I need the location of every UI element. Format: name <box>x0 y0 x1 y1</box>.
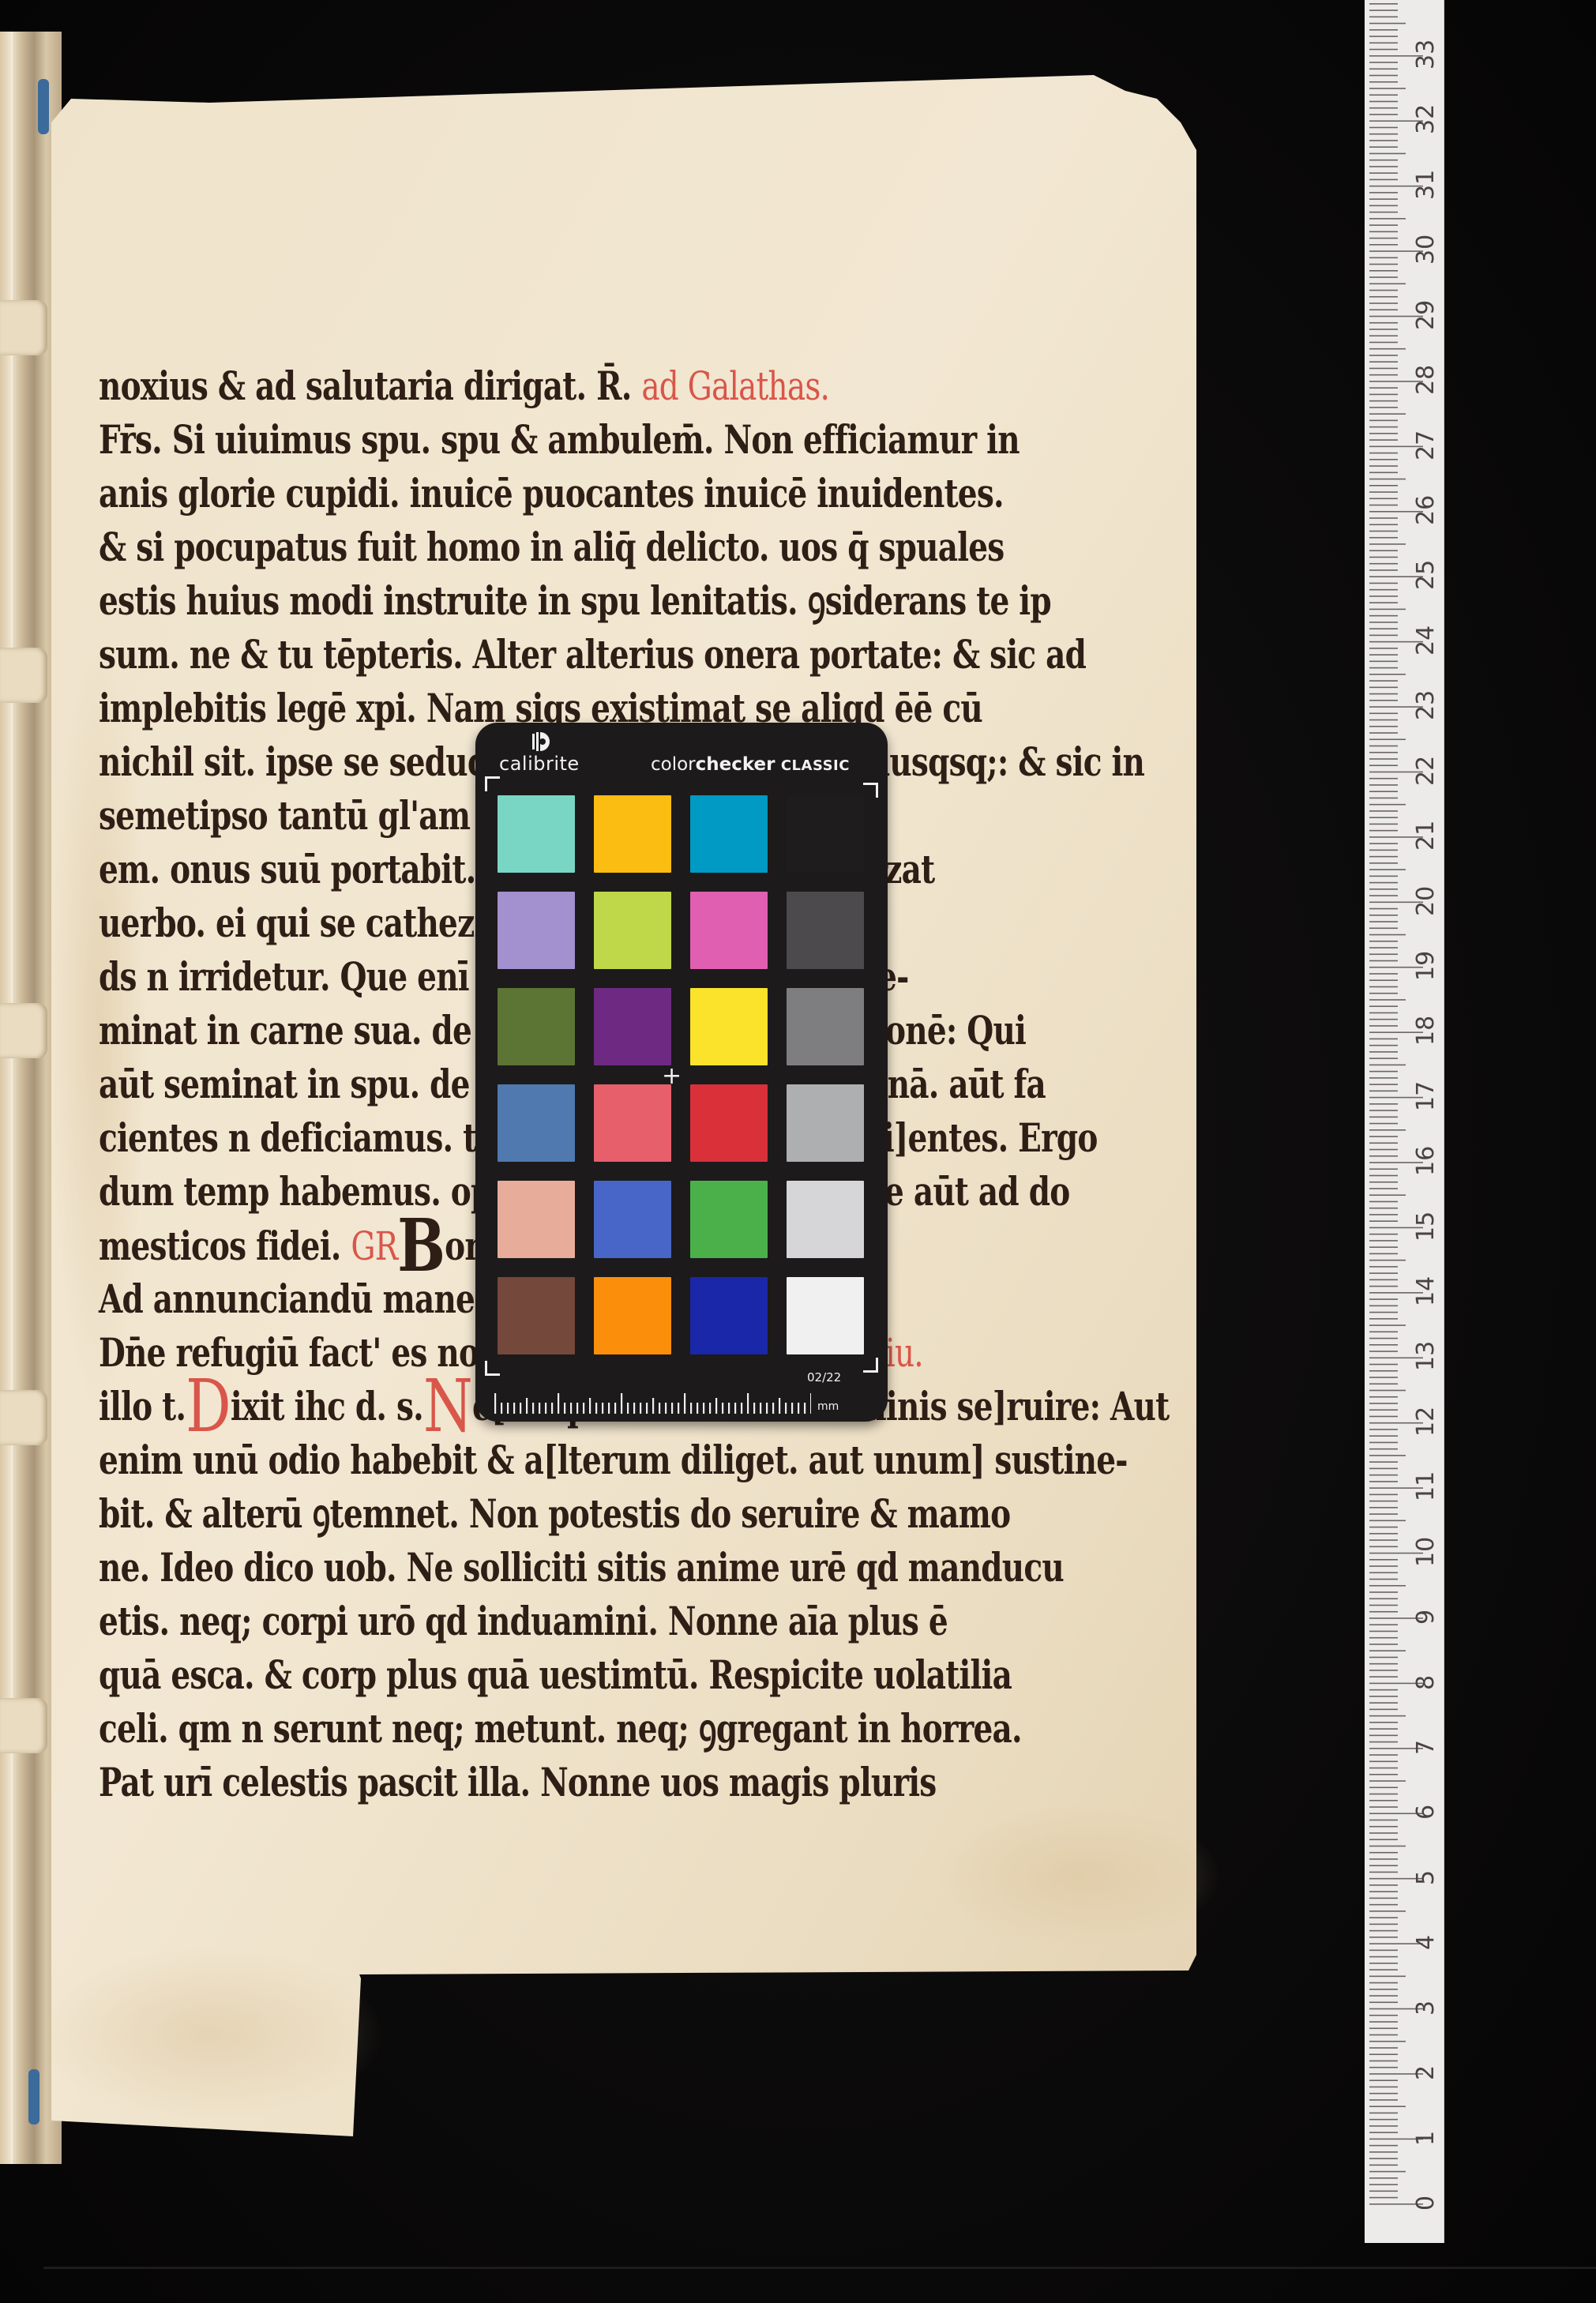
text-line: & si pocupatus fuit homo in aliq̄ delict… <box>99 520 1004 574</box>
ruler-label: 11 <box>1412 1454 1440 1501</box>
ruler-label: 18 <box>1412 998 1440 1046</box>
color-patch <box>690 988 768 1065</box>
color-patch <box>690 1181 768 1258</box>
mm-scale <box>491 1390 811 1414</box>
leaf-stub <box>0 648 47 703</box>
ruler-label: 4 <box>1412 1903 1440 1950</box>
color-patch <box>787 1084 864 1162</box>
leaf-stub <box>0 300 47 355</box>
calibrite-logo-icon <box>531 731 551 753</box>
binding-thread <box>38 79 49 134</box>
product-name: colorchecker CLASSIC <box>651 754 850 775</box>
mm-unit-label: mm <box>817 1400 839 1413</box>
ruler-label: 26 <box>1412 478 1440 525</box>
ruler-label: 32 <box>1412 87 1440 134</box>
color-patch <box>498 1084 575 1162</box>
text-line: etis. neq; corpi urō qd induamini. Nonne… <box>99 1595 948 1648</box>
color-patch <box>787 795 864 873</box>
color-patch <box>787 892 864 969</box>
ruler-label: 8 <box>1412 1643 1440 1690</box>
ruler-label: 10 <box>1412 1520 1440 1567</box>
color-patch <box>594 988 671 1065</box>
ruler-label: 22 <box>1412 738 1440 786</box>
ruler-label: 25 <box>1412 543 1440 590</box>
ruler-label: 15 <box>1412 1194 1440 1242</box>
color-patch <box>498 795 575 873</box>
text-line: Pat urī celestis pascit illa. Nonne uos … <box>99 1756 936 1809</box>
color-patch <box>594 892 671 969</box>
text-line: enim unū odio habebit & a[lterum diliget… <box>99 1433 1128 1487</box>
color-patch <box>498 1277 575 1354</box>
ruler-label: 6 <box>1412 1772 1440 1820</box>
ruler-label: 7 <box>1412 1708 1440 1755</box>
ruler-label: 23 <box>1412 673 1440 720</box>
color-patch <box>787 1277 864 1354</box>
text-line: anis glorie cupidi. inuicē puocantes inu… <box>99 467 1004 520</box>
text-line: ne. Ideo dico uob. Ne solliciti sitis an… <box>99 1541 1064 1595</box>
text-line: Fr̄s. Si uiuimus spu. spu & ambulem̄. No… <box>99 413 1020 467</box>
ruler-label: 0 <box>1412 2163 1440 2211</box>
color-patch <box>690 892 768 969</box>
text-line: estis huius modi instruite in spu lenita… <box>99 574 1051 628</box>
color-patch <box>498 988 575 1065</box>
color-patch <box>690 1084 768 1162</box>
leaf-stub <box>0 1698 47 1753</box>
color-patch <box>787 988 864 1065</box>
color-patch <box>690 795 768 873</box>
color-patch <box>594 795 671 873</box>
ruler-label: 5 <box>1412 1838 1440 1885</box>
registration-corner <box>863 783 878 798</box>
text-line: bit. & alterū ꝯtemnet. Non potestis do s… <box>99 1487 1010 1541</box>
text-line: celi. qm n serunt neq; metunt. neq; ꝯgre… <box>99 1702 1022 1756</box>
ruler-label: 28 <box>1412 348 1440 395</box>
ruler-label: 20 <box>1412 869 1440 916</box>
color-patch <box>690 1277 768 1354</box>
ruler-label: 16 <box>1412 1129 1440 1176</box>
ruler-label: 31 <box>1412 152 1440 200</box>
registration-corner <box>863 1358 878 1373</box>
ruler-label: 13 <box>1412 1324 1440 1371</box>
text-line: quā esca. & corp plus quā uestimtū. Resp… <box>99 1648 1012 1702</box>
ruler-label: 21 <box>1412 803 1440 851</box>
color-patch <box>594 1277 671 1354</box>
ruler-label: 27 <box>1412 413 1440 460</box>
ruler-label: 12 <box>1412 1389 1440 1437</box>
registration-corner <box>485 1361 500 1376</box>
ruler-label: 2 <box>1412 2033 1440 2080</box>
ruler-label: 33 <box>1412 22 1440 70</box>
ruler-label: 29 <box>1412 283 1440 330</box>
felt-edge <box>43 2267 1596 2269</box>
color-patch <box>594 1181 671 1258</box>
ruler-label: 19 <box>1412 934 1440 981</box>
rubric-heading: ad Galathas. <box>641 363 829 409</box>
version-label: 02/22 <box>807 1370 841 1384</box>
color-patch <box>787 1181 864 1258</box>
centimetre-ruler: 0123456789101112131415161718192021222324… <box>1365 0 1444 2243</box>
registration-corner <box>485 776 500 791</box>
color-patch <box>594 1084 671 1162</box>
color-checker-card: calibrite colorchecker CLASSIC + 02/22 m… <box>475 723 888 1422</box>
ruler-label: 1 <box>1412 2098 1440 2146</box>
ruler-label: 24 <box>1412 608 1440 656</box>
color-patch <box>498 892 575 969</box>
leaf-stub <box>0 1390 47 1445</box>
binding-thread <box>28 2069 39 2125</box>
ruler-label: 30 <box>1412 217 1440 265</box>
color-patch <box>498 1181 575 1258</box>
text-line: sum. ne & tu tēpteris. Alter alterius on… <box>99 628 1086 682</box>
text-line: noxius & ad salutaria dirigat. R̄. ad Ga… <box>99 359 829 413</box>
brand-name: calibrite <box>499 753 580 775</box>
crosshair-icon: + <box>662 1065 682 1088</box>
leaf-stub <box>0 1003 47 1058</box>
ruler-label: 9 <box>1412 1577 1440 1625</box>
ruler-label: 14 <box>1412 1259 1440 1306</box>
ruler-label: 3 <box>1412 1968 1440 2016</box>
ruler-label: 17 <box>1412 1064 1440 1111</box>
